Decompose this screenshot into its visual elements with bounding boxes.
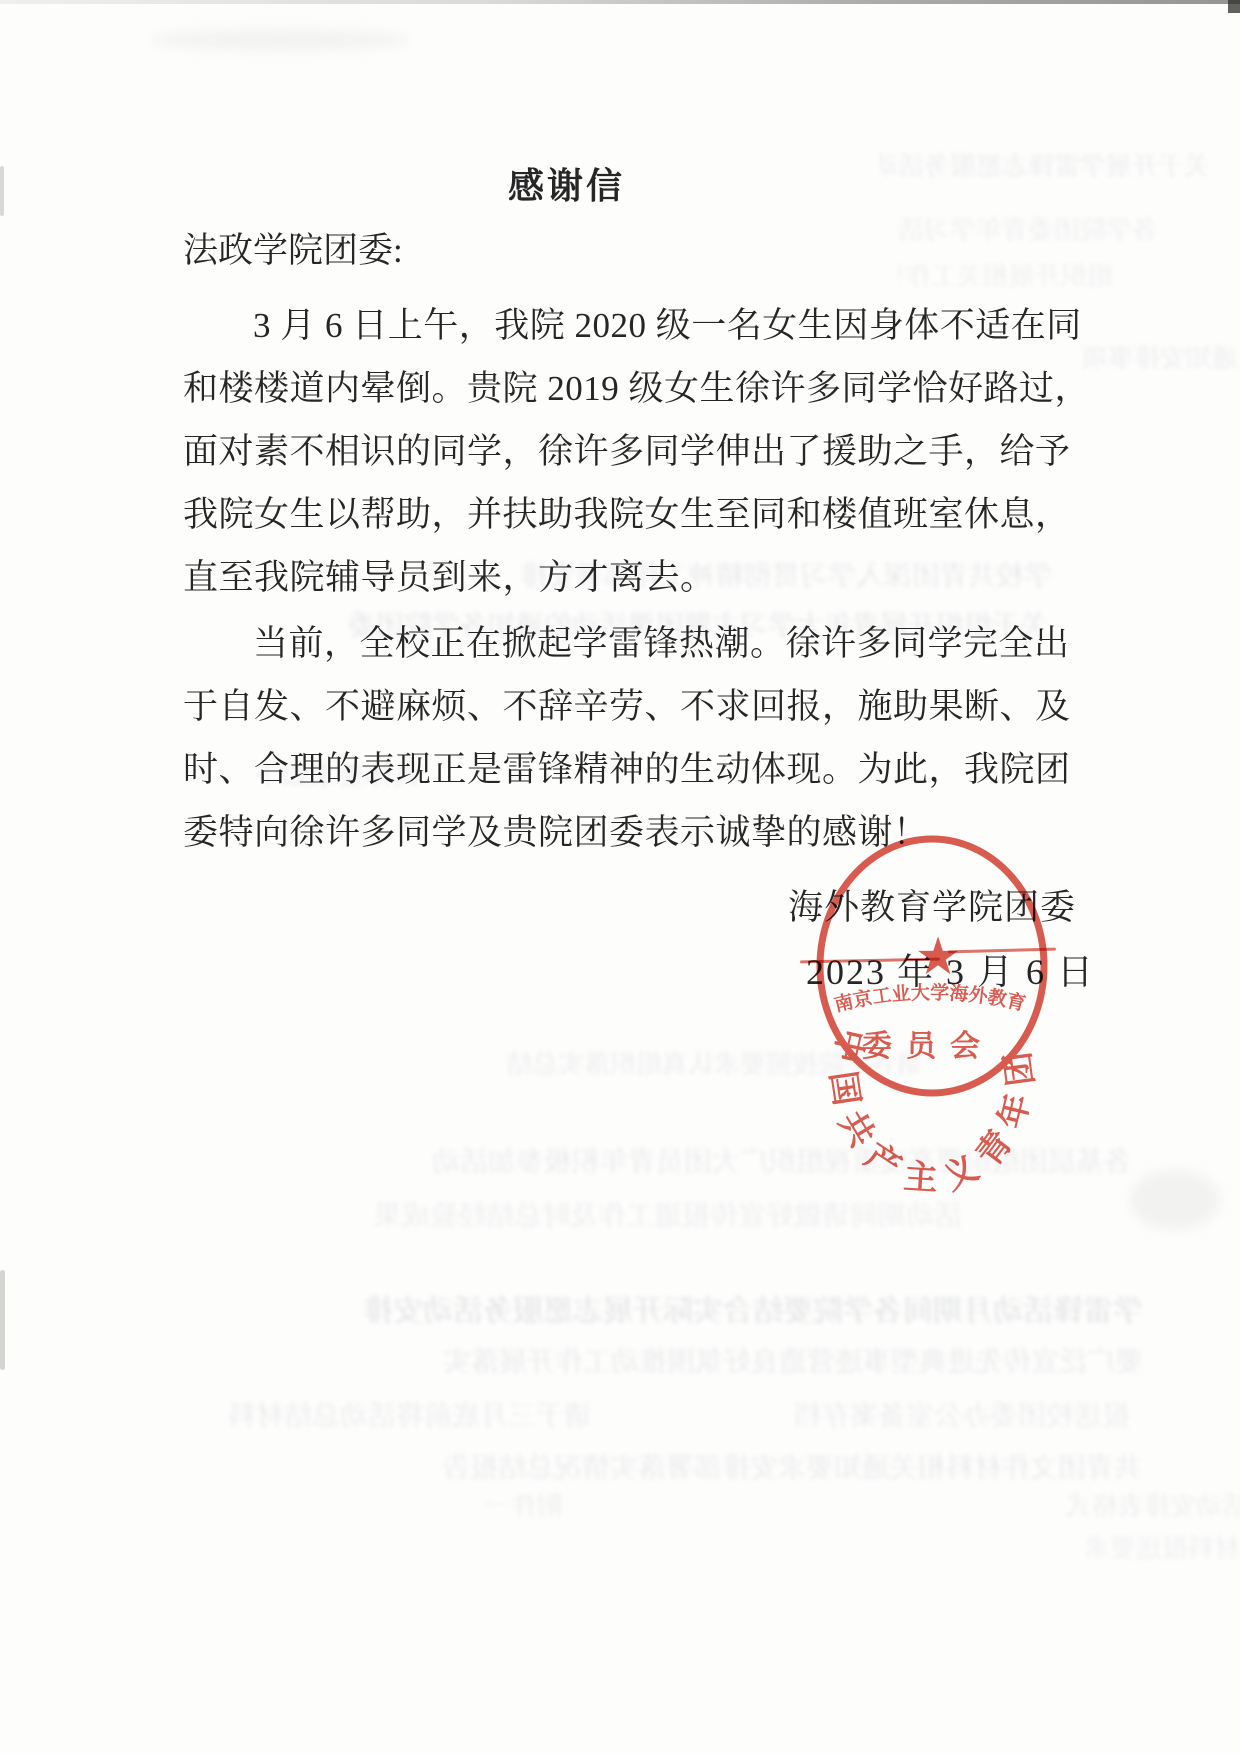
scanned-letter-page: 关于开展学雷锋志愿服务活动月的通知 各学院团委青年学习活动安排 组织开展相关工作… <box>0 0 1240 1753</box>
official-seal: 中国共产主义青年团 ★ 南京工业大学海外教育学院 委员会 <box>0 0 1240 1753</box>
seal-org-text: 南京工业大学海外教育学院 <box>0 0 1028 1016</box>
seal-committee-text: 委员会 <box>862 1030 994 1063</box>
star-icon: ★ <box>915 929 962 986</box>
svg-text:南京工业大学海外教育学院: 南京工业大学海外教育学院 <box>0 0 1028 1016</box>
